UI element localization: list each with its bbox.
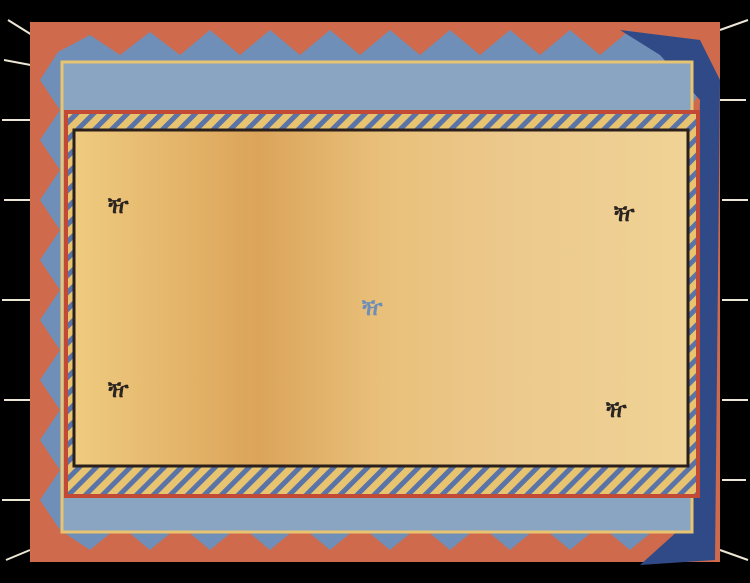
- animal-motif-bottom-left-icon: ዥ: [108, 380, 129, 402]
- animal-motif-top-right-icon: ዥ: [614, 204, 635, 226]
- animal-motif-center-icon: ዥ: [362, 298, 383, 320]
- animal-motif-bottom-right-icon: ዥ: [606, 400, 627, 422]
- animal-motif-top-left-icon: ዥ: [108, 196, 129, 218]
- rug-photo: [0, 0, 750, 583]
